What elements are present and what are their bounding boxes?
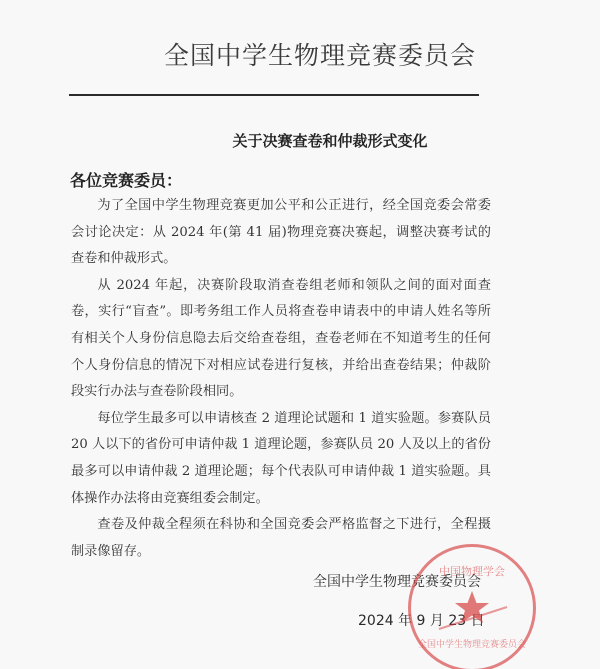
- header-organization: 全国中学生物理竞赛委员会: [0, 36, 600, 72]
- svg-text:中国物理学会: 中国物理学会: [439, 564, 505, 578]
- paragraph: 每位学生最多可以申请核查 2 道理论试题和 1 道实验题。参赛队员 20 人以下…: [71, 406, 491, 512]
- paragraph: 从 2024 年起，决赛阶段取消查卷组老师和领队之间的面对面查卷，实行“盲查”。…: [71, 273, 491, 406]
- seal-star-icon: 中国物理学会 全国中学生物理竞赛委员会: [411, 547, 533, 669]
- salutation: 各位竞赛委员：: [70, 168, 182, 191]
- notice-title: 关于决赛查卷和仲裁形式变化: [0, 130, 600, 151]
- official-seal-icon: 中国物理学会 全国中学生物理竞赛委员会: [408, 544, 536, 669]
- svg-text:全国中学生物理竞赛委员会: 全国中学生物理竞赛委员会: [418, 638, 526, 650]
- document-page: 全国中学生物理竞赛委员会 关于决赛查卷和仲裁形式变化 各位竞赛委员： 为了全国中…: [0, 0, 600, 669]
- header-divider: [69, 94, 479, 96]
- notice-body: 为了全国中学生物理竞赛更加公平和公正进行，经全国竞委会常委会讨论决定：从 202…: [71, 193, 491, 565]
- paragraph: 为了全国中学生物理竞赛更加公平和公正进行，经全国竞委会常委会讨论决定：从 202…: [71, 193, 491, 273]
